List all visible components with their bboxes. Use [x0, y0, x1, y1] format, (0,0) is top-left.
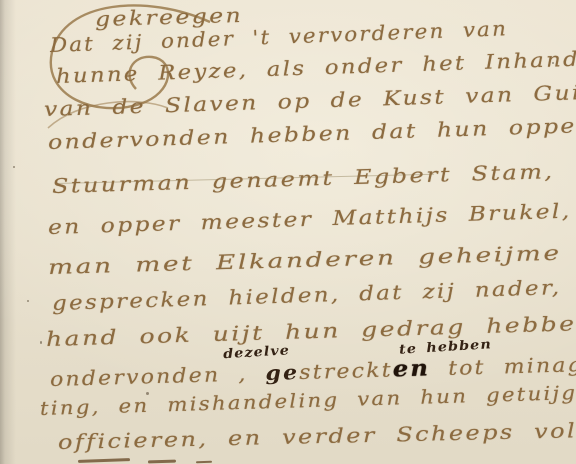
cutoff-next-line-stroke	[148, 460, 176, 464]
manuscript-line-8: man met Elkanderen geheijme	[48, 241, 562, 279]
cutoff-next-line-stroke	[78, 458, 130, 463]
line-text-correction: ge	[265, 360, 299, 385]
line-text-ink-blot: en	[392, 355, 430, 382]
manuscript-line-13: officieren, en verder Scheeps volk	[58, 418, 576, 454]
line-text: gesprecken hielden, dat zij nader,	[52, 275, 562, 315]
ink-speckle	[13, 166, 15, 168]
ink-speckle	[40, 341, 42, 344]
ink-speckle	[27, 300, 29, 302]
line-text-part: tot minag,	[448, 352, 576, 380]
manuscript-line-10: hand ook uijt hun gedrag hebben	[46, 311, 576, 351]
ink-speckle	[552, 62, 554, 64]
line-text: en opper meester Matthijs Brukel,	[48, 199, 572, 239]
line-text: officieren, en verder Scheeps volk	[58, 418, 576, 454]
cutoff-next-line-stroke	[196, 461, 212, 464]
manuscript-line-6: Stuurman genaemt Egbert Stam,	[52, 159, 555, 198]
line-text: Stuurman genaemt Egbert Stam,	[52, 159, 555, 198]
manuscript-line-7: en opper meester Matthijs Brukel,	[48, 199, 572, 239]
line-text: man met Elkanderen geheijme	[48, 241, 562, 279]
interlinear-insertion-dezelve: dezelve	[223, 343, 291, 362]
ink-speckle	[146, 392, 149, 395]
manuscript-line-9: gesprecken hielden, dat zij nader,	[52, 275, 562, 315]
line-text-part: streckt	[299, 357, 393, 384]
line-text-part: ondervonden ,	[50, 361, 248, 391]
manuscript-page: gekreegen Dat zij onder 't vervorderen v…	[0, 0, 576, 464]
line-text: hand ook uijt hun gedrag hebben	[46, 311, 576, 351]
